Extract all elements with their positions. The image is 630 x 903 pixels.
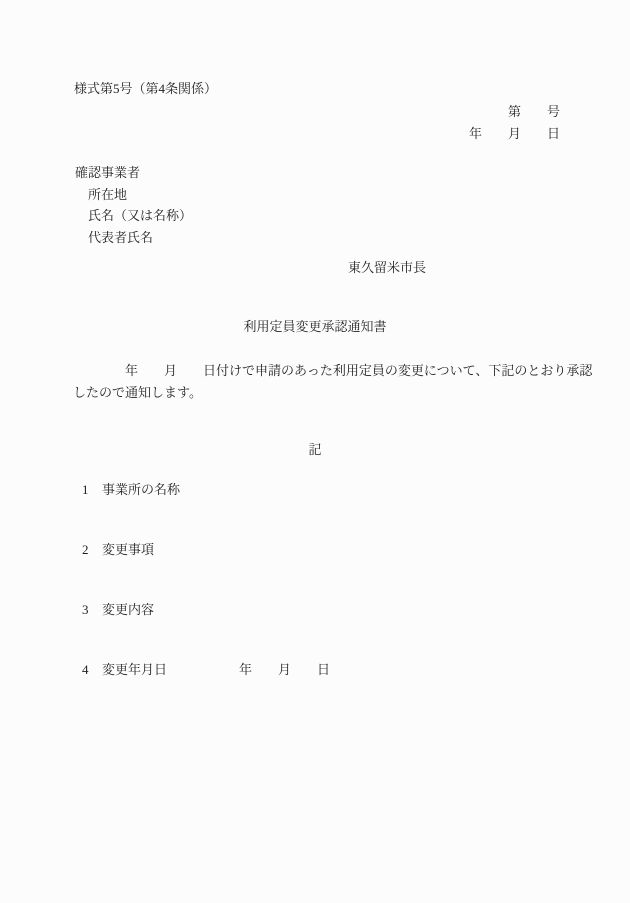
form-number-label: 様式第5号（第4条関係） (74, 82, 217, 95)
item-label: 事業所の名称 (102, 483, 180, 496)
list-item-business-name: 1 事業所の名称 (82, 483, 180, 496)
list-item-change-content: 3 変更内容 (82, 603, 154, 616)
item-number: 3 (82, 603, 102, 616)
document-date-line: 年 月 日 (469, 123, 560, 145)
document-title: 利用定員変更承認通知書 (0, 320, 630, 333)
body-line-2: したので通知します。 (73, 382, 592, 404)
item-number: 2 (82, 543, 102, 556)
recipient-block: 確認事業者 所在地 氏名（又は名称） 代表者氏名 (75, 162, 192, 248)
recipient-name-label: 氏名（又は名称） (75, 205, 192, 227)
recipient-representative-label: 代表者氏名 (75, 227, 192, 249)
body-line-1: 年 月 日付けで申請のあった利用定員の変更について、下記のとおり承認 (73, 360, 592, 382)
list-item-change-matter: 2 変更事項 (82, 543, 154, 556)
body-paragraph: 年 月 日付けで申請のあった利用定員の変更について、下記のとおり承認 したので通… (73, 360, 592, 404)
item-label: 変更年月日 (102, 663, 167, 676)
document-page: 様式第5号（第4条関係） 第 号 年 月 日 確認事業者 所在地 氏名（又は名称… (0, 0, 630, 903)
sender-mayor-name: 東久留米市長 (348, 261, 426, 274)
recipient-heading: 確認事業者 (75, 162, 192, 184)
document-number-line: 第 号 (469, 101, 560, 123)
recipient-address-label: 所在地 (75, 184, 192, 206)
item-label: 変更事項 (102, 543, 154, 556)
item-number: 4 (82, 663, 102, 676)
list-item-change-date: 4 変更年月日 年 月 日 (82, 663, 330, 676)
document-number-date-block: 第 号 年 月 日 (469, 101, 560, 145)
item-label: 変更内容 (102, 603, 154, 616)
item-date-value: 年 月 日 (239, 663, 330, 676)
item-number: 1 (82, 483, 102, 496)
ki-heading: 記 (0, 443, 630, 456)
